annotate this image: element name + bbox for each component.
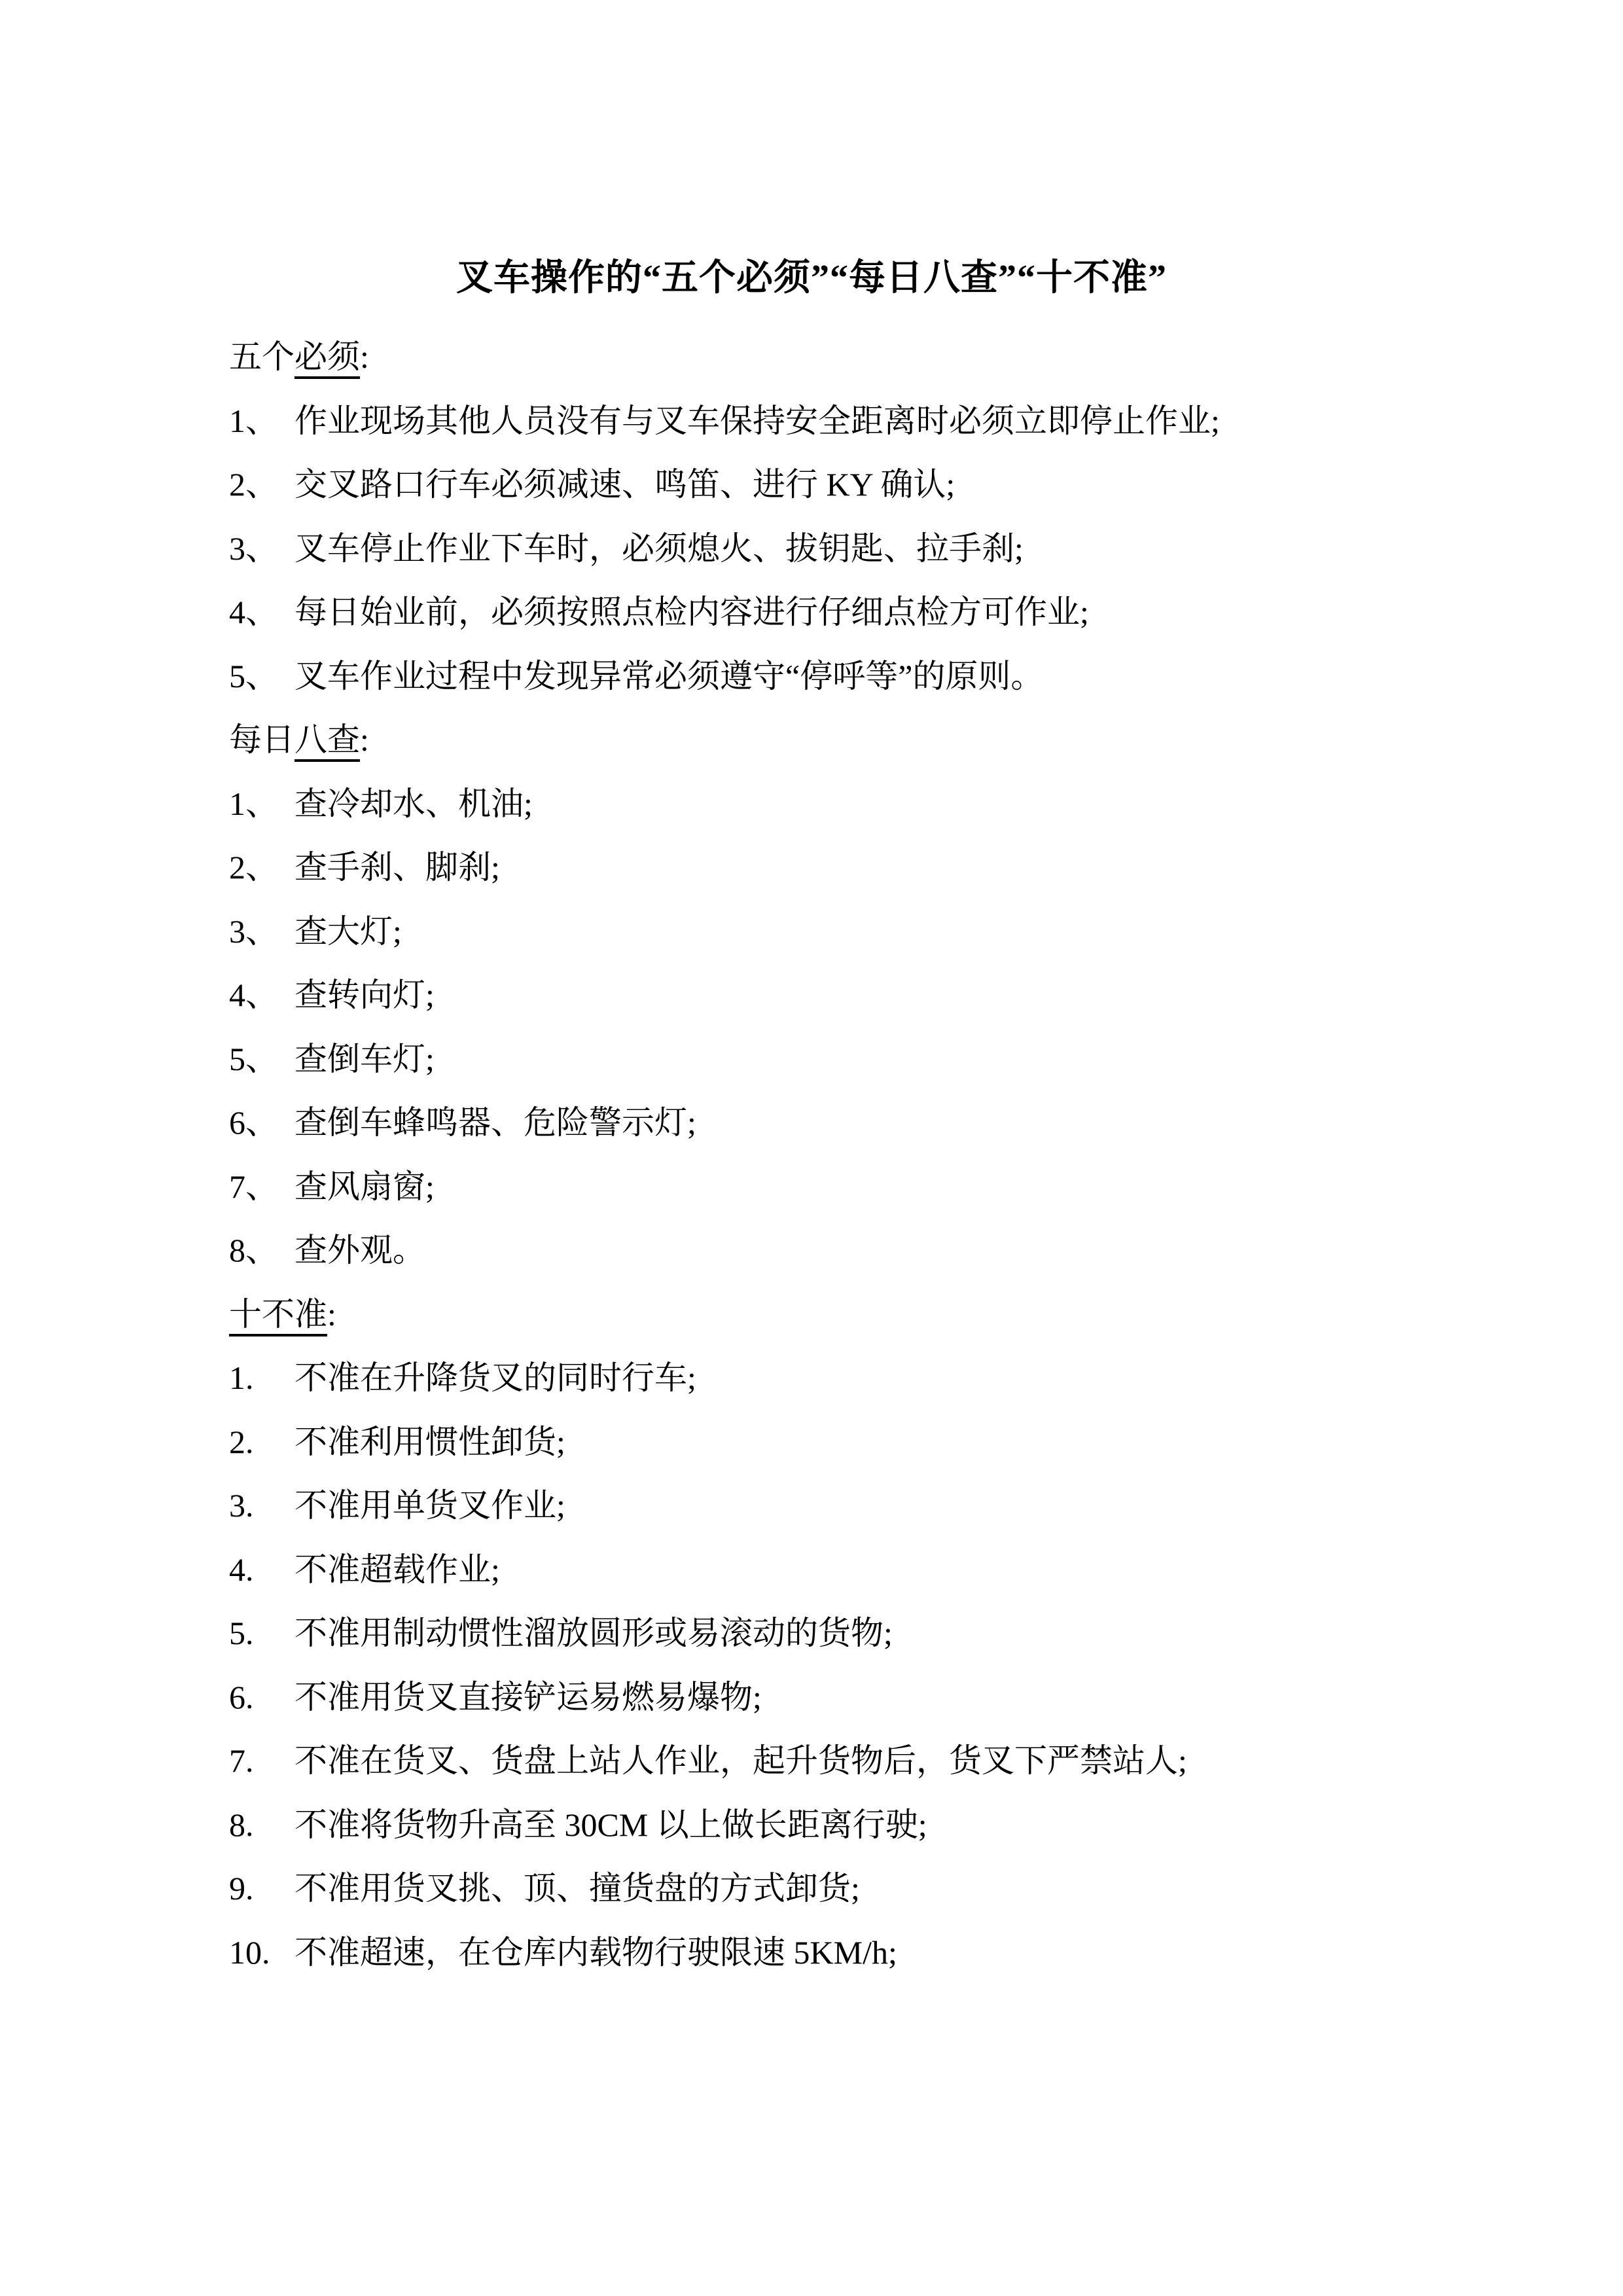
daily-checks-item-6: 6、查倒车蜂鸣器、危险警示灯; xyxy=(229,1091,1394,1155)
item-number: 3、 xyxy=(229,900,294,964)
item-text: 不准用货叉直接铲运易燃易爆物; xyxy=(294,1666,762,1730)
item-number: 1. xyxy=(229,1346,294,1410)
heading-underlined-text: 十不准 xyxy=(229,1296,327,1336)
item-number: 2. xyxy=(229,1410,294,1475)
item-number: 4、 xyxy=(229,963,294,1028)
item-text: 查冷却水、机油; xyxy=(294,772,533,836)
item-number: 6. xyxy=(229,1666,294,1730)
item-number: 7. xyxy=(229,1729,294,1793)
daily-checks-item-8: 8、查外观。 xyxy=(229,1219,1394,1283)
section-heading-five-musts: 五个必须: xyxy=(229,325,1394,389)
prohibitions-item-1: 1.不准在升降货叉的同时行车; xyxy=(229,1346,1394,1410)
five-musts-item-2: 2、交叉路口行车必须减速、鸣笛、进行 KY 确认; xyxy=(229,453,1394,517)
daily-checks-item-5: 5、查倒车灯; xyxy=(229,1028,1394,1092)
item-number: 5、 xyxy=(229,1028,294,1092)
item-text: 查大灯; xyxy=(294,900,402,964)
daily-checks-item-1: 1、查冷却水、机油; xyxy=(229,772,1394,836)
item-number: 6、 xyxy=(229,1091,294,1155)
item-number: 8、 xyxy=(229,1219,294,1283)
item-text: 不准利用惯性卸货; xyxy=(294,1410,565,1475)
item-text: 不准超速，在仓库内载物行驶限速 5KM/h; xyxy=(294,1921,897,1985)
item-text: 查外观。 xyxy=(294,1219,425,1283)
item-text: 不准在货叉、货盘上站人作业，起升货物后，货叉下严禁站人; xyxy=(294,1729,1187,1793)
heading-text: 五个 xyxy=(229,338,294,375)
item-text: 交叉路口行车必须减速、鸣笛、进行 KY 确认; xyxy=(294,453,955,517)
prohibitions-item-5: 5.不准用制动惯性溜放圆形或易滚动的货物; xyxy=(229,1602,1394,1666)
item-number: 9. xyxy=(229,1857,294,1921)
five-musts-item-1: 1、作业现场其他人员没有与叉车保持安全距离时必须立即停止作业; xyxy=(229,389,1394,454)
heading-text: 每日 xyxy=(229,721,294,758)
item-number: 8. xyxy=(229,1793,294,1857)
item-number: 5. xyxy=(229,1602,294,1666)
section-heading-daily-eight-checks: 每日八查: xyxy=(229,708,1394,772)
item-text: 查倒车灯; xyxy=(294,1028,435,1092)
document-content: 叉车操作的“五个必须”“每日八查”“十不准” 五个必须: 1、作业现场其他人员没… xyxy=(229,0,1394,1984)
five-musts-item-3: 3、叉车停止作业下车时，必须熄火、拔钥匙、拉手刹; xyxy=(229,517,1394,581)
item-text: 不准超载作业; xyxy=(294,1538,500,1602)
item-number: 4. xyxy=(229,1538,294,1602)
item-text: 作业现场其他人员没有与叉车保持安全距离时必须立即停止作业; xyxy=(294,389,1220,454)
item-number: 1、 xyxy=(229,389,294,454)
item-text: 不准用制动惯性溜放圆形或易滚动的货物; xyxy=(294,1602,893,1666)
five-musts-item-4: 4、每日始业前，必须按照点检内容进行仔细点检方可作业; xyxy=(229,581,1394,645)
heading-colon: : xyxy=(360,338,369,375)
item-number: 5、 xyxy=(229,645,294,709)
prohibitions-item-4: 4.不准超载作业; xyxy=(229,1538,1394,1602)
item-text: 不准将货物升高至 30CM 以上做长距离行驶; xyxy=(294,1793,927,1857)
item-text: 每日始业前，必须按照点检内容进行仔细点检方可作业; xyxy=(294,581,1089,645)
item-text: 叉车作业过程中发现异常必须遵守“停呼等”的原则。 xyxy=(294,645,1043,709)
daily-checks-item-7: 7、查风扇窗; xyxy=(229,1155,1394,1219)
heading-underlined-text: 八查 xyxy=(294,721,360,762)
item-number: 3. xyxy=(229,1474,294,1538)
item-number: 3、 xyxy=(229,517,294,581)
item-text: 叉车停止作业下车时，必须熄火、拔钥匙、拉手刹; xyxy=(294,517,1024,581)
prohibitions-item-10: 10.不准超速，在仓库内载物行驶限速 5KM/h; xyxy=(229,1921,1394,1985)
daily-checks-item-3: 3、查大灯; xyxy=(229,900,1394,964)
prohibitions-item-3: 3.不准用单货叉作业; xyxy=(229,1474,1394,1538)
page-title: 叉车操作的“五个必须”“每日八查”“十不准” xyxy=(229,245,1394,311)
prohibitions-item-9: 9.不准用货叉挑、顶、撞货盘的方式卸货; xyxy=(229,1857,1394,1921)
prohibitions-item-7: 7.不准在货叉、货盘上站人作业，起升货物后，货叉下严禁站人; xyxy=(229,1729,1394,1793)
prohibitions-item-8: 8.不准将货物升高至 30CM 以上做长距离行驶; xyxy=(229,1793,1394,1857)
heading-colon: : xyxy=(327,1296,336,1333)
document-page: 叉车操作的“五个必须”“每日八查”“十不准” 五个必须: 1、作业现场其他人员没… xyxy=(0,0,1623,2296)
daily-checks-item-4: 4、查转向灯; xyxy=(229,963,1394,1028)
item-text: 不准用货叉挑、顶、撞货盘的方式卸货; xyxy=(294,1857,860,1921)
item-text: 查手刹、脚刹; xyxy=(294,836,500,900)
item-text: 不准用单货叉作业; xyxy=(294,1474,565,1538)
item-number: 2、 xyxy=(229,836,294,900)
section-heading-ten-prohibitions: 十不准: xyxy=(229,1283,1394,1347)
item-number: 4、 xyxy=(229,581,294,645)
item-number: 2、 xyxy=(229,453,294,517)
item-text: 不准在升降货叉的同时行车; xyxy=(294,1346,696,1410)
prohibitions-item-6: 6.不准用货叉直接铲运易燃易爆物; xyxy=(229,1666,1394,1730)
item-text: 查转向灯; xyxy=(294,963,435,1028)
item-number: 10. xyxy=(229,1921,294,1985)
prohibitions-item-2: 2.不准利用惯性卸货; xyxy=(229,1410,1394,1475)
item-number: 1、 xyxy=(229,772,294,836)
heading-colon: : xyxy=(360,721,369,758)
item-number: 7、 xyxy=(229,1155,294,1219)
heading-underlined-text: 必须 xyxy=(294,338,360,379)
item-text: 查倒车蜂鸣器、危险警示灯; xyxy=(294,1091,696,1155)
five-musts-item-5: 5、叉车作业过程中发现异常必须遵守“停呼等”的原则。 xyxy=(229,645,1394,709)
item-text: 查风扇窗; xyxy=(294,1155,435,1219)
daily-checks-item-2: 2、查手刹、脚刹; xyxy=(229,836,1394,900)
